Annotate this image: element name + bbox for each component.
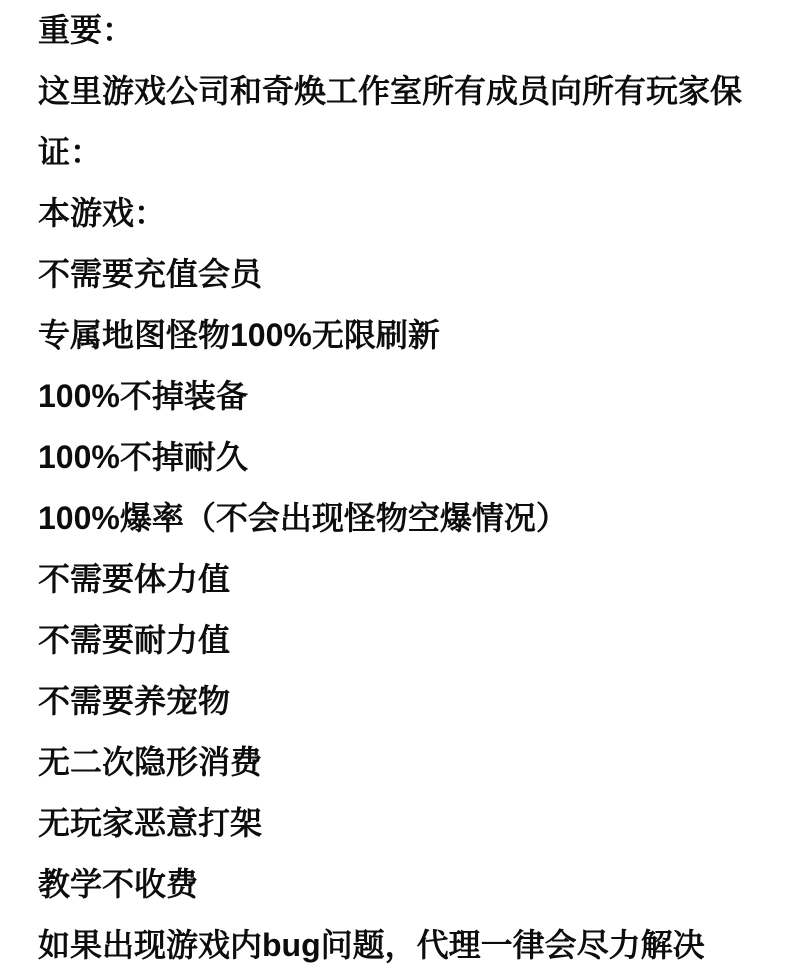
text-line: 100%爆率（不会出现怪物空爆情况） [38,488,750,549]
text-line: 不需要耐力值 [38,610,750,671]
text-line: 不需要体力值 [38,549,750,610]
text-line: 不需要充值会员 [38,244,750,305]
text-line: 无二次隐形消费 [38,732,750,793]
text-line: 教学不收费 [38,854,750,915]
guarantee-text-page: 重要：这里游戏公司和奇焕工作室所有成员向所有玩家保证：本游戏：不需要充值会员专属… [0,0,786,974]
text-line: 不需要养宠物 [38,671,750,732]
text-line: 无玩家恶意打架 [38,793,750,854]
text-line: 本游戏： [38,183,750,244]
text-line: 重要： [38,0,750,61]
text-line: 专属地图怪物100%无限刷新 [38,305,750,366]
text-line: 100%不掉装备 [38,366,750,427]
text-line: 100%不掉耐久 [38,427,750,488]
text-line: 如果出现游戏内bug问题，代理一律会尽力解决 [38,915,750,974]
text-line: 这里游戏公司和奇焕工作室所有成员向所有玩家保证： [38,61,750,183]
